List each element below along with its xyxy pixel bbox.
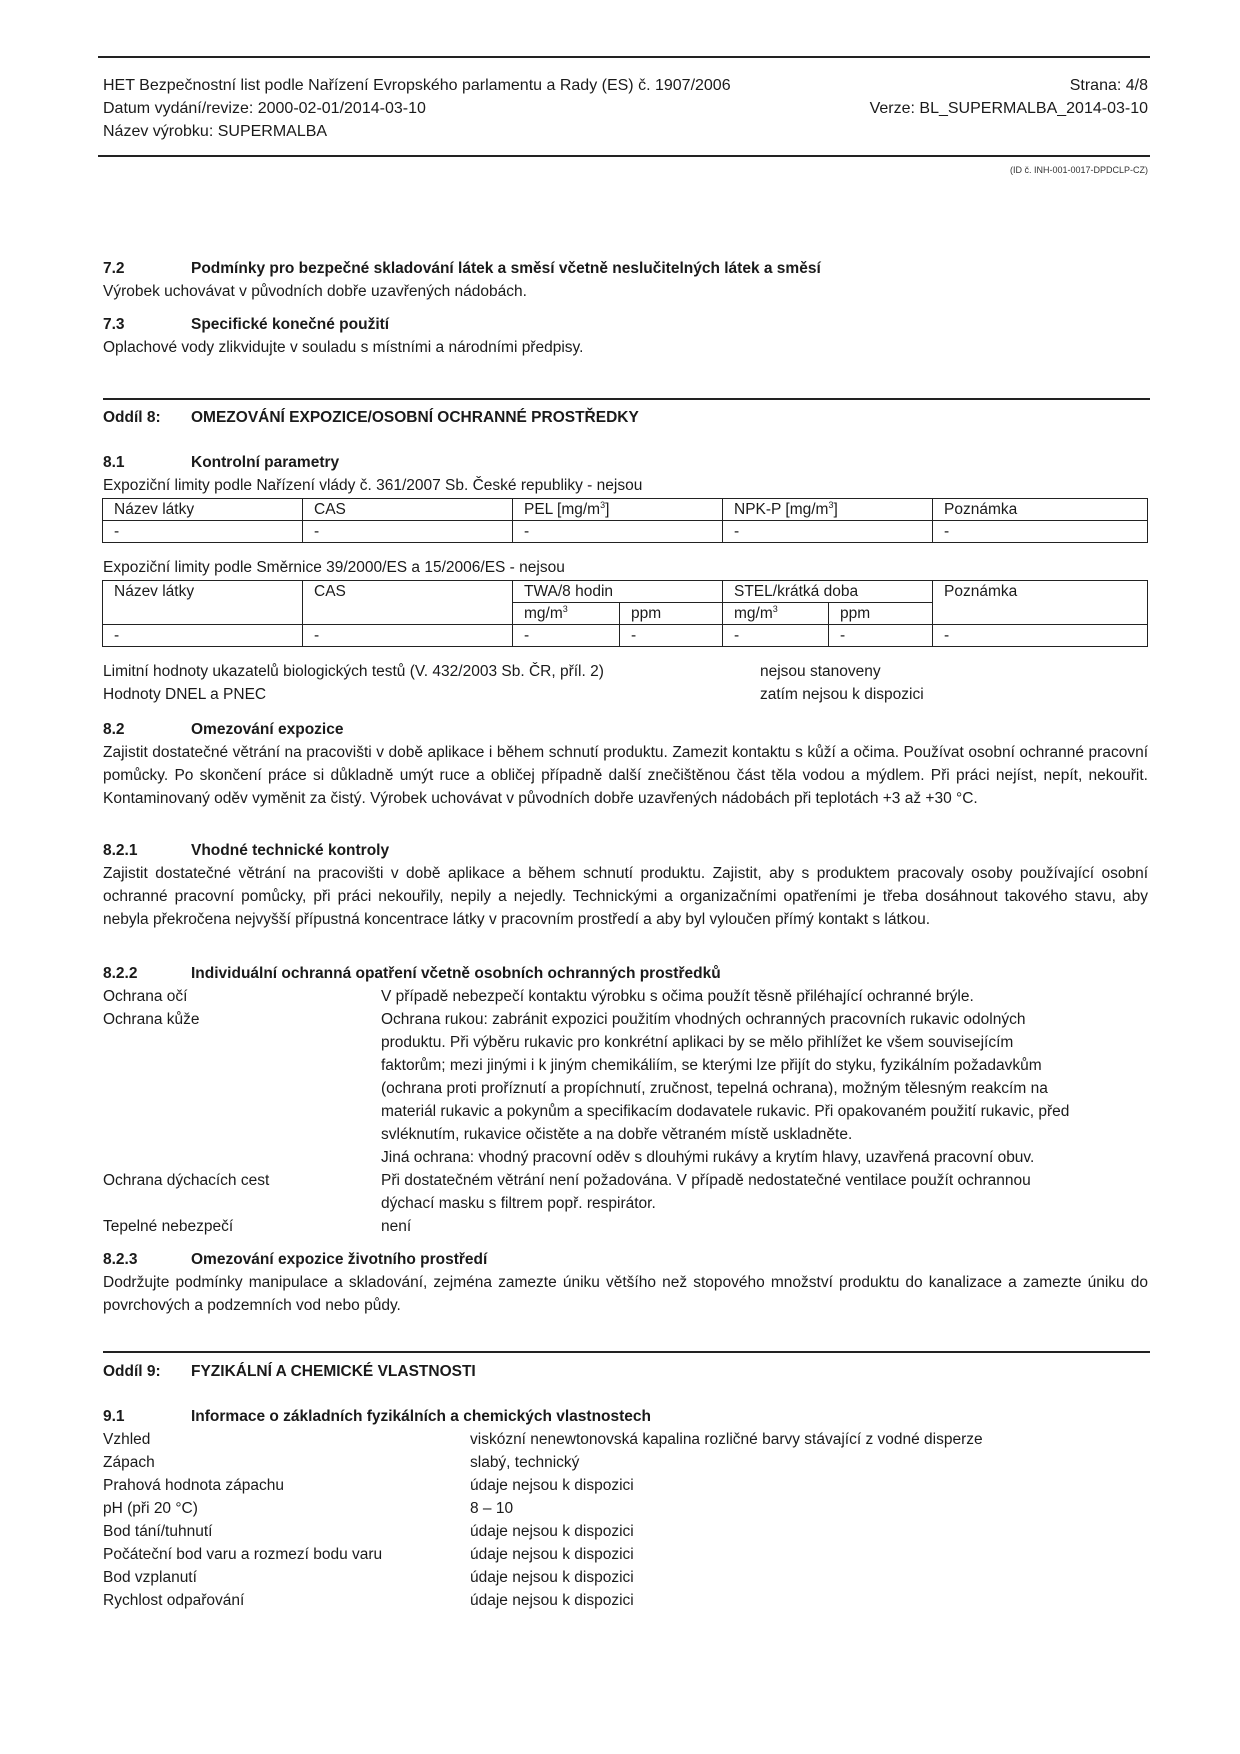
header-cell: Poznámka: [933, 499, 1148, 521]
exposure-limits-table-cz: Název látky CAS PEL [mg/m3] NPK-P [mg/m3…: [102, 498, 1148, 543]
property-value: údaje nejsou k dispozici: [470, 1589, 1148, 1612]
property-label: Počáteční bod varu a rozmezí bodu varu: [103, 1543, 470, 1566]
header-cell: STEL/krátká doba: [723, 581, 933, 603]
section-8-2-2: 8.2.2 Individuální ochranná opatření vče…: [103, 963, 1148, 1238]
table-cell: -: [620, 625, 723, 647]
property-label: Prahová hodnota zápachu: [103, 1474, 470, 1497]
property-row: Vzhledviskózní nenewtonovská kapalina ro…: [103, 1428, 1148, 1451]
section-8-2-3: 8.2.3 Omezování expozice životního prost…: [103, 1249, 1148, 1317]
property-label: Rychlost odpařování: [103, 1589, 470, 1612]
property-row: Bod vzplanutíúdaje nejsou k dispozici: [103, 1566, 1148, 1589]
property-label: pH (při 20 °C): [103, 1497, 470, 1520]
table-cell: -: [303, 521, 513, 543]
document-id: (ID č. INH-001-0017-DPDCLP-CZ): [1010, 165, 1148, 175]
table-header-row: Název látky CAS TWA/8 hodin STEL/krátká …: [103, 581, 1148, 603]
product-name: Název výrobku: SUPERMALBA: [103, 120, 327, 143]
section-rule: [103, 398, 1150, 400]
table-header-row: Název látky CAS PEL [mg/m3] NPK-P [mg/m3…: [103, 499, 1148, 521]
property-label: Vzhled: [103, 1428, 470, 1451]
page-header: HET Bezpečnostní list podle Nařízení Evr…: [103, 74, 1148, 143]
table1-caption: Expoziční limity podle Nařízení vlády č.…: [103, 474, 1148, 497]
table-cell: -: [303, 625, 513, 647]
property-row: pH (při 20 °C)8 – 10: [103, 1497, 1148, 1520]
property-value: údaje nejsou k dispozici: [470, 1543, 1148, 1566]
section-heading: 9.1 Informace o základních fyzikálních a…: [103, 1406, 1148, 1428]
header-cell: TWA/8 hodin: [513, 581, 723, 603]
section-heading: 8.2.1 Vhodné technické kontroly: [103, 840, 1148, 862]
table-cell: -: [513, 521, 723, 543]
table-cell: -: [103, 625, 303, 647]
table-row: - - - - - - -: [103, 625, 1148, 647]
properties-list: Vzhledviskózní nenewtonovská kapalina ro…: [103, 1428, 1148, 1612]
property-value: slabý, technický: [470, 1451, 1148, 1474]
table-row: - - - - -: [103, 521, 1148, 543]
section-heading: 8.2.3 Omezování expozice životního prost…: [103, 1249, 1148, 1271]
property-label: Bod tání/tuhnutí: [103, 1520, 470, 1543]
property-value: údaje nejsou k dispozici: [470, 1566, 1148, 1589]
document-page: HET Bezpečnostní list podle Nařízení Evr…: [0, 0, 1240, 1754]
page-number: Strana: 4/8: [1070, 74, 1148, 97]
section-text: Zajistit dostatečné větrání na pracovišt…: [103, 741, 1148, 810]
header-rule-top: [98, 56, 1150, 58]
header-cell: CAS: [303, 581, 513, 625]
section-8-2-1: 8.2.1 Vhodné technické kontroly Zajistit…: [103, 840, 1148, 931]
section-text: Výrobek uchovávat v původních dobře uzav…: [103, 280, 1148, 303]
section-8-1: 8.1 Kontrolní parametry Expoziční limity…: [103, 452, 1148, 497]
property-value: údaje nejsou k dispozici: [470, 1474, 1148, 1497]
header-cell: Název látky: [103, 499, 303, 521]
header-cell: Poznámka: [933, 581, 1148, 625]
property-row: Prahová hodnota zápachuúdaje nejsou k di…: [103, 1474, 1148, 1497]
property-value: viskózní nenewtonovská kapalina rozličné…: [470, 1428, 1148, 1451]
table-cell: -: [723, 521, 933, 543]
thermal-hazard: Tepelné nebezpečí není: [103, 1215, 1148, 1238]
limit-values: Limitní hodnoty ukazatelů biologických t…: [103, 660, 1148, 706]
property-row: Zápachslabý, technický: [103, 1451, 1148, 1474]
protection-eyes: Ochrana očí V případě nebezpečí kontaktu…: [103, 985, 1148, 1008]
property-value: údaje nejsou k dispozici: [470, 1520, 1148, 1543]
section-7-3: 7.3 Specifické konečné použití Oplachové…: [103, 314, 1148, 359]
section-8-2: 8.2 Omezování expozice Zajistit dostateč…: [103, 719, 1148, 810]
header-cell: NPK-P [mg/m3]: [723, 499, 933, 521]
header-cell: Název látky: [103, 581, 303, 625]
protection-skin: Ochrana kůže Ochrana rukou: zabránit exp…: [103, 1008, 1148, 1169]
table-cell: -: [829, 625, 933, 647]
section-heading: 7.2 Podmínky pro bezpečné skladování lát…: [103, 258, 1148, 280]
table-cell: -: [513, 625, 620, 647]
section-9-1: 9.1 Informace o základních fyzikálních a…: [103, 1406, 1148, 1612]
chapter-heading-9: Oddíl 9: FYZIKÁLNÍ A CHEMICKÉ VLASTNOSTI: [103, 1363, 476, 1381]
exposure-limits-table-eu: Název látky CAS TWA/8 hodin STEL/krátká …: [102, 580, 1148, 647]
section-7-2: 7.2 Podmínky pro bezpečné skladování lát…: [103, 258, 1148, 303]
chapter-heading-8: Oddíl 8: OMEZOVÁNÍ EXPOZICE/OSOBNÍ OCHRA…: [103, 409, 639, 427]
section-text: Zajistit dostatečné větrání na pracovišt…: [103, 862, 1148, 931]
section-heading: 8.2.2 Individuální ochranná opatření vče…: [103, 963, 1148, 985]
section-heading: 7.3 Specifické konečné použití: [103, 314, 1148, 336]
bio-limits-row: Limitní hodnoty ukazatelů biologických t…: [103, 660, 1148, 683]
section-heading: 8.2 Omezování expozice: [103, 719, 1148, 741]
property-row: Počáteční bod varu a rozmezí bodu varuúd…: [103, 1543, 1148, 1566]
property-row: Bod tání/tuhnutíúdaje nejsou k dispozici: [103, 1520, 1148, 1543]
section-text: Dodržujte podmínky manipulace a skladová…: [103, 1271, 1148, 1317]
property-value: 8 – 10: [470, 1497, 1148, 1520]
version: Verze: BL_SUPERMALBA_2014-03-10: [870, 97, 1148, 120]
header-cell: PEL [mg/m3]: [513, 499, 723, 521]
subheader-cell: mg/m3: [513, 603, 620, 625]
header-cell: CAS: [303, 499, 513, 521]
subheader-cell: ppm: [829, 603, 933, 625]
subheader-cell: mg/m3: [723, 603, 829, 625]
header-rule-bottom: [98, 155, 1150, 157]
dnel-pnec-row: Hodnoty DNEL a PNEC zatím nejsou k dispo…: [103, 683, 1148, 706]
section-text: Oplachové vody zlikvidujte v souladu s m…: [103, 336, 1148, 359]
section-rule: [103, 1351, 1150, 1353]
table-cell: -: [723, 625, 829, 647]
table-cell: -: [933, 625, 1148, 647]
property-label: Bod vzplanutí: [103, 1566, 470, 1589]
table-cell: -: [103, 521, 303, 543]
section-heading: 8.1 Kontrolní parametry: [103, 452, 1148, 474]
table-cell: -: [933, 521, 1148, 543]
property-row: Rychlost odpařováníúdaje nejsou k dispoz…: [103, 1589, 1148, 1612]
property-label: Zápach: [103, 1451, 470, 1474]
protection-respiratory: Ochrana dýchacích cest Při dostatečném v…: [103, 1169, 1148, 1215]
document-title: HET Bezpečnostní list podle Nařízení Evr…: [103, 74, 731, 97]
table2-caption: Expoziční limity podle Směrnice 39/2000/…: [103, 556, 1148, 579]
issue-date: Datum vydání/revize: 2000-02-01/2014-03-…: [103, 97, 426, 120]
subheader-cell: ppm: [620, 603, 723, 625]
